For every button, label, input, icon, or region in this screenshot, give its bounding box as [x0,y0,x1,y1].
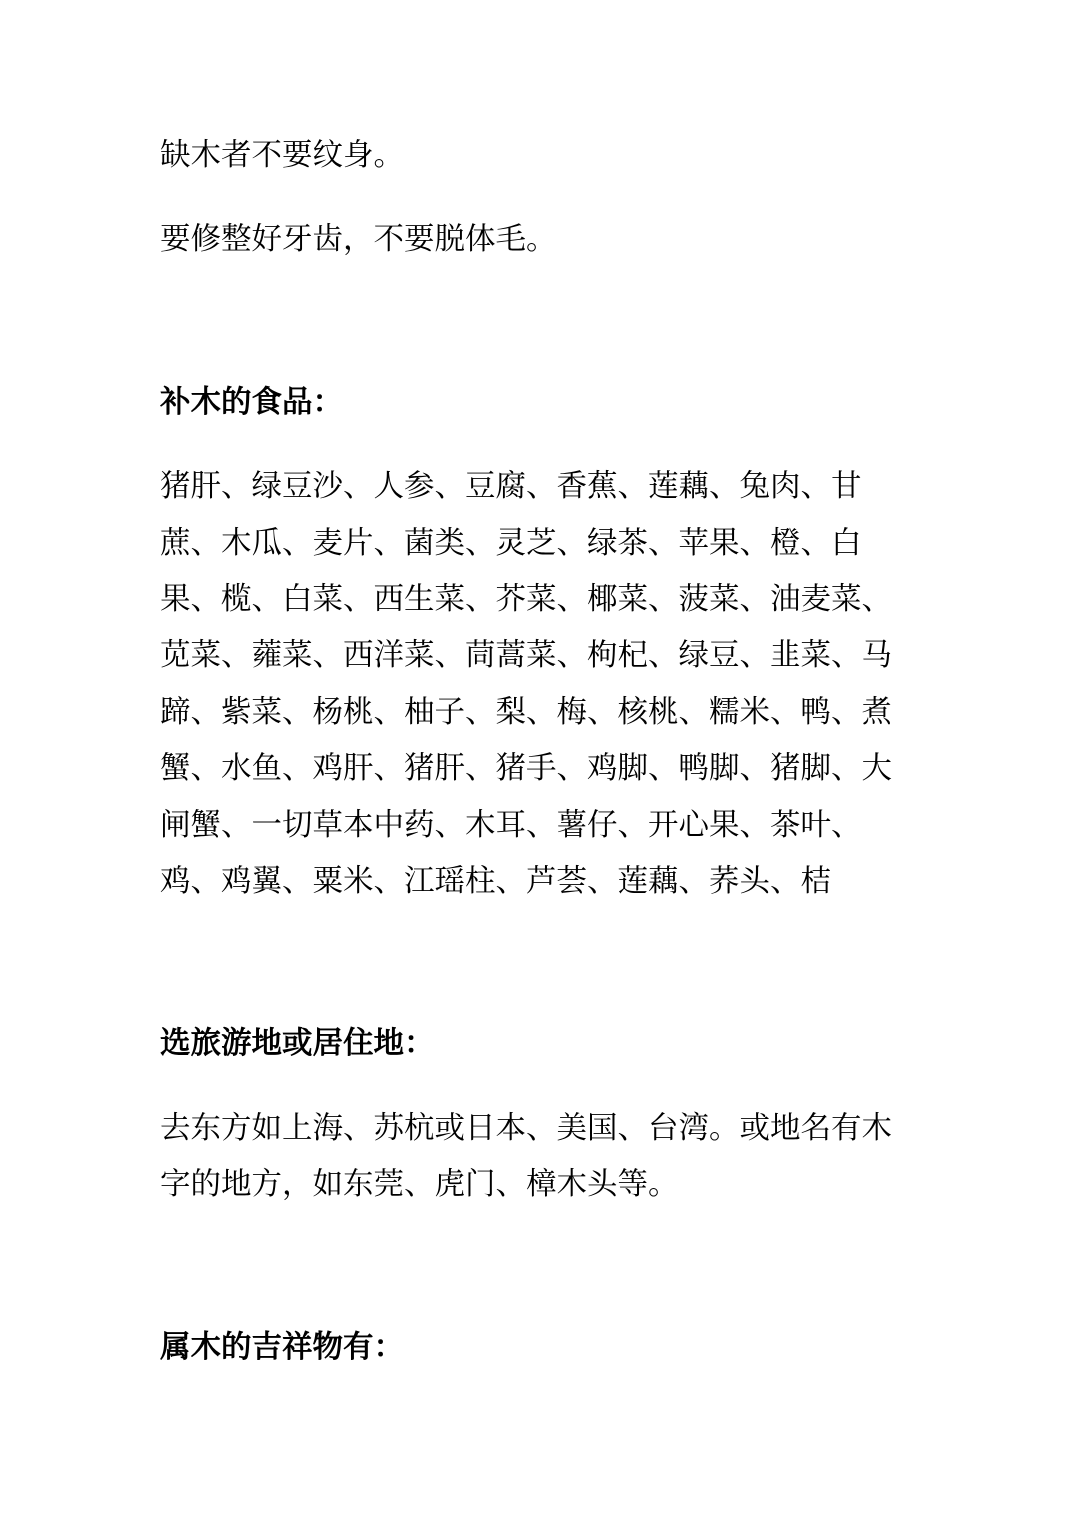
heading-travel-residence: 选旅游地或居住地： [160,1015,905,1071]
paragraph-travel-places: 去东方如上海、苏杭或日本、美国、台湾。或地名有木字的地方，如东莞、虎门、樟木头等… [160,1100,905,1213]
document-page: 缺木者不要纹身。要修整好牙齿，不要脱体毛。补木的食品：猪肝、绿豆沙、人参、豆腐、… [160,0,905,1375]
heading-wood-lucky-charms: 属木的吉祥物有： [160,1319,905,1375]
paragraph-no-tattoo: 缺木者不要纹身。 [160,127,905,183]
heading-wood-foods: 补木的食品： [160,374,905,430]
document-body: 缺木者不要纹身。要修整好牙齿，不要脱体毛。补木的食品：猪肝、绿豆沙、人参、豆腐、… [160,127,905,1375]
paragraph-wood-foods-list: 猪肝、绿豆沙、人参、豆腐、香蕉、莲藕、兔肉、甘蔗、木瓜、麦片、菌类、灵芝、绿茶、… [160,458,905,909]
paragraph-teeth-hair: 要修整好牙齿，不要脱体毛。 [160,211,905,267]
